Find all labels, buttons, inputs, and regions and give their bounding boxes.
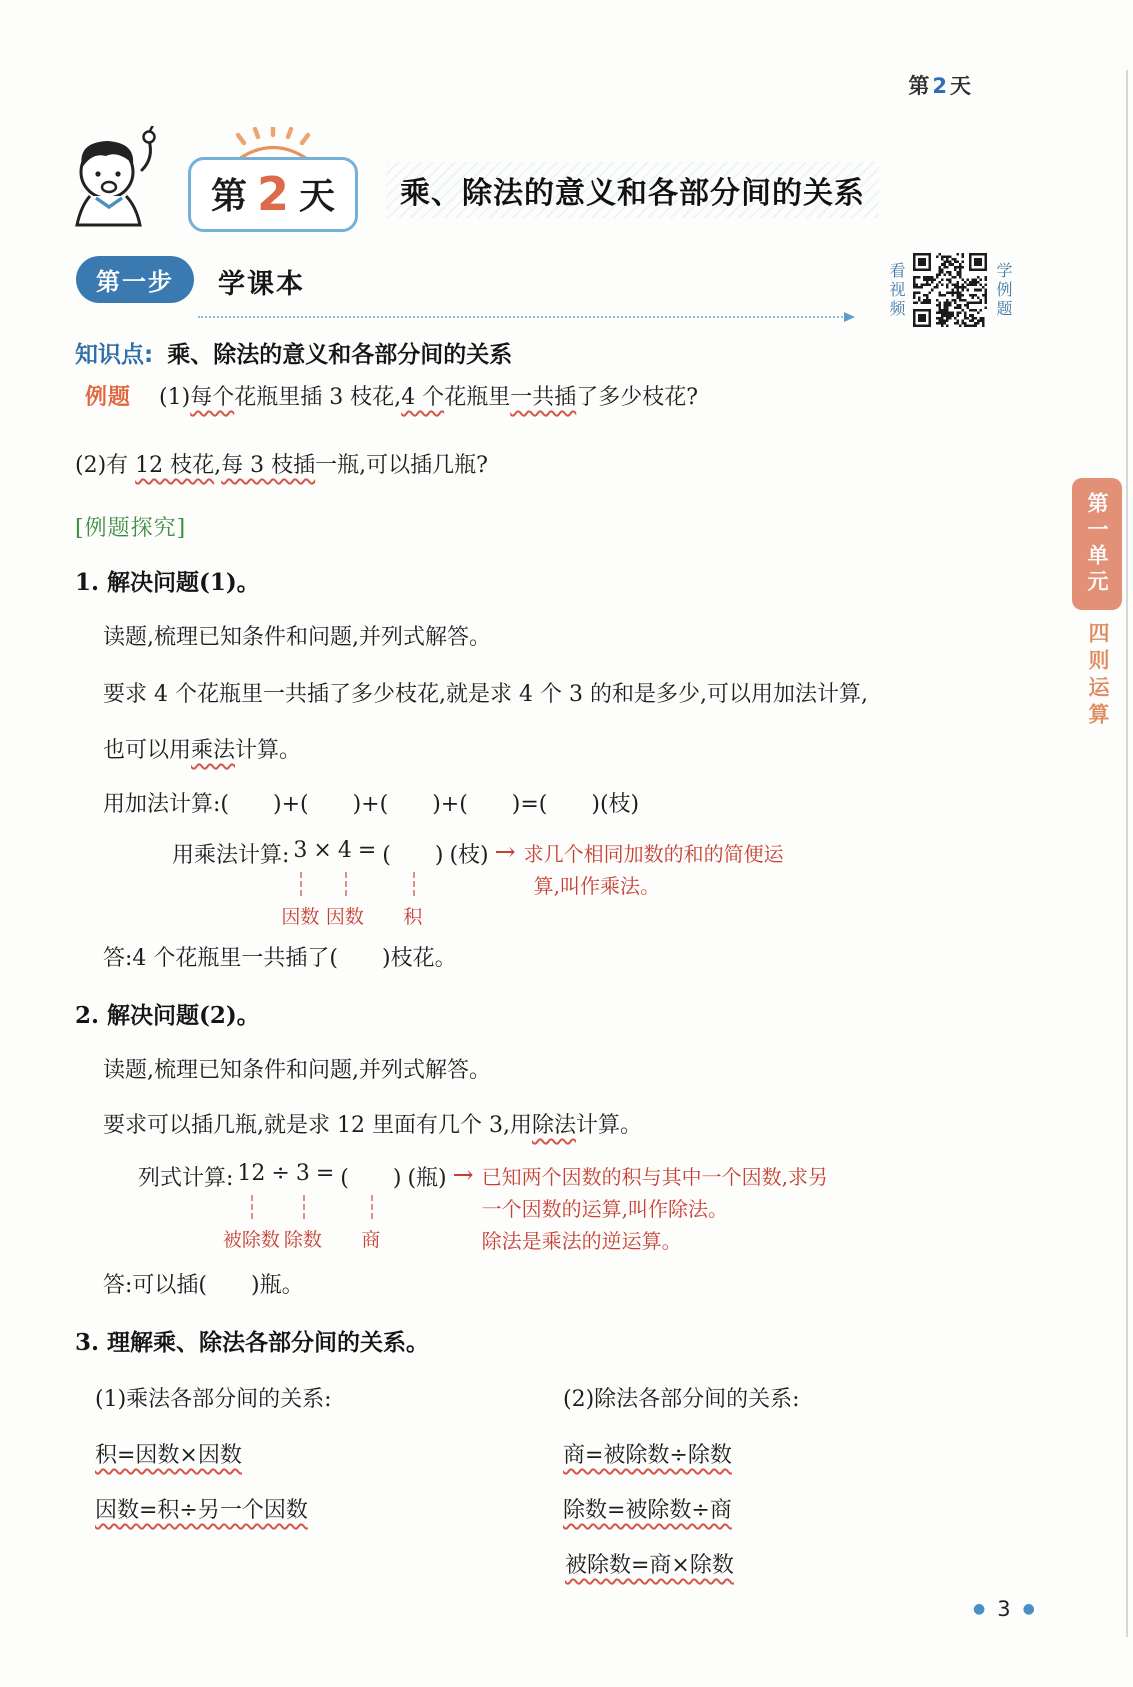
knowledge-text: 乘、除法的意义和各部分间的关系 bbox=[167, 342, 512, 368]
mul-product-part: ( ) 积 bbox=[378, 838, 447, 869]
div-relations-title: (2)除法各部分间的关系: bbox=[563, 1382, 800, 1413]
section2-paragraph2: 要求可以插几瓶,就是求 12 里面有几个 3,用除法计算。 bbox=[103, 1108, 642, 1139]
note-line: 算,叫作乘法。 bbox=[524, 870, 784, 902]
div-relation-eq2: 除数=被除数÷商 bbox=[563, 1493, 732, 1524]
s2p2-emphasis: 除法 bbox=[532, 1113, 576, 1138]
example-label: 例题 bbox=[85, 384, 131, 410]
running-head-number: 2 bbox=[931, 74, 950, 98]
unit-tab-label: 第一单元 bbox=[1082, 492, 1112, 596]
example-question-1: 例题(1)每个花瓶里插 3 枝花,4 个花瓶里一共插了多少枝花? bbox=[85, 380, 698, 411]
note-line: 已知两个因数的积与其中一个因数,求另 bbox=[482, 1161, 828, 1193]
p2b-emphasis: 乘法 bbox=[191, 738, 235, 763]
day-number: 2 bbox=[257, 174, 289, 214]
example-question-2: (2)有 12 枝花,每 3 枝插一瓶,可以插几瓶? bbox=[75, 448, 488, 479]
running-head-suffix: 天 bbox=[950, 74, 973, 98]
footer-dot: ● bbox=[1023, 1599, 1035, 1620]
running-head-day: 第2天 bbox=[908, 70, 973, 100]
addition-equation-line: 用加法计算:( )+( )+( )+( )=( )(枝) bbox=[103, 787, 639, 818]
unit-topic-label: 四则运算 bbox=[1083, 622, 1113, 730]
section1-heading: 1. 解决问题(1)。 bbox=[75, 564, 260, 597]
multiply-sign: × bbox=[311, 838, 333, 863]
note-line: 除法是乘法的逆运算。 bbox=[482, 1225, 828, 1257]
dashed-connector bbox=[345, 872, 347, 896]
quotient-part: ( ) 商 bbox=[336, 1161, 405, 1192]
knowledge-label: 知识点: bbox=[75, 342, 153, 368]
divisor: 3 bbox=[294, 1161, 312, 1186]
equals-sign: = bbox=[314, 1161, 336, 1186]
dashed-connector bbox=[413, 872, 415, 896]
running-head-prefix: 第 bbox=[908, 74, 931, 98]
page-edge-shadow bbox=[1126, 70, 1128, 1637]
page-number-block: ● 3 ● bbox=[973, 1597, 1035, 1621]
section1-paragraph2b: 也可以用乘法计算。 bbox=[103, 733, 301, 764]
div-relation-eq1: 商=被除数÷除数 bbox=[563, 1438, 732, 1469]
dotted-arrow-line bbox=[198, 316, 843, 318]
equals-sign: = bbox=[356, 838, 378, 863]
mul-relation-eq2: 因数=积÷另一个因数 bbox=[95, 1493, 308, 1524]
unit-zhi: (枝) bbox=[447, 838, 490, 869]
mul-factor1: 3 bbox=[291, 838, 309, 863]
dividend-part: 12 被除数 bbox=[233, 1161, 269, 1186]
p2b-text: 也可以用 bbox=[103, 738, 191, 763]
section1-paragraph2a: 要求 4 个花瓶里一共插了多少枝花,就是求 4 个 3 的和是多少,可以用加法计… bbox=[103, 677, 868, 708]
div-relation-eq3: 被除数=商×除数 bbox=[565, 1548, 734, 1579]
division-note: 已知两个因数的积与其中一个因数,求另 一个因数的运算,叫作除法。 除法是乘法的逆… bbox=[482, 1161, 828, 1257]
unit-tab: 第一单元 bbox=[1072, 478, 1122, 610]
section2-answer: 答:可以插( )瓶。 bbox=[103, 1268, 304, 1299]
q2-emphasis: 12 枝花 bbox=[135, 453, 214, 478]
section3-heading: 3. 理解乘、除法各部分间的关系。 bbox=[75, 1324, 429, 1357]
annotation-arrow: → bbox=[453, 1161, 474, 1189]
step-label: 学课本 bbox=[218, 262, 305, 301]
q2-emphasis: 每 3 枝插 bbox=[221, 453, 315, 478]
q1-emphasis: 一共插 bbox=[510, 385, 576, 410]
section2-heading: 2. 解决问题(2)。 bbox=[75, 997, 260, 1030]
knowledge-point-line: 知识点:乘、除法的意义和各部分间的关系 bbox=[75, 336, 512, 369]
day-prefix: 第 bbox=[211, 168, 247, 219]
workbook-page: 第2天 bbox=[0, 0, 1133, 1687]
annotation-arrow: → bbox=[495, 838, 516, 866]
dashed-connector bbox=[371, 1195, 373, 1219]
qr-group: 看视频 学例题 bbox=[885, 246, 1015, 334]
section1-paragraph1: 读题,梳理已知条件和问题,并列式解答。 bbox=[103, 620, 491, 651]
q1-emphasis: 每个 bbox=[190, 385, 234, 410]
qr-code bbox=[913, 253, 987, 327]
quotient-tag: 商 bbox=[361, 1225, 380, 1252]
step-pill: 第一步 bbox=[76, 256, 194, 303]
day-box: 第 2 天 bbox=[188, 157, 358, 232]
mul-relations-title: (1)乘法各部分间的关系: bbox=[95, 1382, 332, 1413]
divisor-tag: 除数 bbox=[284, 1225, 322, 1252]
q1-text: 花瓶里插 3 枝花, bbox=[234, 385, 401, 410]
product-blank: ( ) bbox=[380, 843, 445, 868]
qr-caption-right: 学例题 bbox=[992, 246, 1015, 334]
quotient-blank: ( ) bbox=[338, 1166, 403, 1191]
product-tag: 积 bbox=[403, 902, 422, 929]
day-box-wrap: 第 2 天 bbox=[188, 157, 358, 232]
dashed-connector bbox=[251, 1195, 253, 1219]
p2b-text: 计算。 bbox=[235, 738, 301, 763]
dividend: 12 bbox=[235, 1161, 267, 1186]
mul-factor2-part: 4 因数 bbox=[334, 838, 356, 863]
q1-text: 花瓶里 bbox=[444, 385, 510, 410]
boy-mascot-icon bbox=[60, 126, 186, 232]
q1-text: 了多少枝花? bbox=[576, 385, 698, 410]
factor1-tag: 因数 bbox=[281, 902, 319, 929]
mul-factor1-part: 3 因数 bbox=[289, 838, 311, 863]
div-equation-label: 列式计算: bbox=[138, 1161, 233, 1192]
dashed-connector bbox=[303, 1195, 305, 1219]
day-suffix: 天 bbox=[299, 168, 335, 219]
q2-text: 一瓶,可以插几瓶? bbox=[315, 453, 488, 478]
multiplication-equation-row: 用乘法计算: 3 因数 × 4 因数 = ( ) 积 (枝) → 求几个相同加数… bbox=[172, 838, 784, 902]
division-equation-row: 列式计算: 12 被除数 ÷ 3 除数 = ( ) 商 (瓶) → 已知两个因数… bbox=[138, 1161, 828, 1257]
s2p2-text: 要求可以插几瓶,就是求 12 里面有几个 3,用 bbox=[103, 1113, 532, 1138]
multiplication-note: 求几个相同加数的和的简便运 算,叫作乘法。 bbox=[524, 838, 784, 902]
mul-relation-eq1: 积=因数×因数 bbox=[95, 1438, 242, 1469]
unit-ping: (瓶) bbox=[405, 1161, 448, 1192]
mul-factor2: 4 bbox=[336, 838, 354, 863]
section1-answer: 答:4 个花瓶里一共插了( )枝花。 bbox=[103, 941, 457, 972]
q1-text: (1) bbox=[159, 385, 190, 410]
lesson-banner: 第 2 天 乘、除法的意义和各部分间的关系 bbox=[60, 126, 879, 232]
s2p2-text: 计算。 bbox=[576, 1113, 642, 1138]
note-line: 一个因数的运算,叫作除法。 bbox=[482, 1193, 828, 1225]
divisor-part: 3 除数 bbox=[292, 1161, 314, 1186]
explore-label: [例题探究] bbox=[75, 511, 186, 542]
dashed-connector bbox=[300, 872, 302, 896]
divide-sign: ÷ bbox=[269, 1161, 291, 1186]
dividend-tag: 被除数 bbox=[223, 1225, 280, 1252]
mul-equation-label: 用乘法计算: bbox=[172, 838, 289, 869]
qr-caption-left: 看视频 bbox=[885, 246, 908, 334]
lesson-title: 乘、除法的意义和各部分间的关系 bbox=[386, 162, 879, 218]
note-line: 求几个相同加数的和的简便运 bbox=[524, 838, 784, 870]
q1-emphasis: 4 个 bbox=[401, 385, 444, 410]
factor2-tag: 因数 bbox=[326, 902, 364, 929]
section2-paragraph1: 读题,梳理已知条件和问题,并列式解答。 bbox=[103, 1053, 491, 1084]
page-number: 3 bbox=[997, 1597, 1010, 1621]
q2-text: (2)有 bbox=[75, 453, 135, 478]
footer-dot: ● bbox=[973, 1599, 985, 1620]
